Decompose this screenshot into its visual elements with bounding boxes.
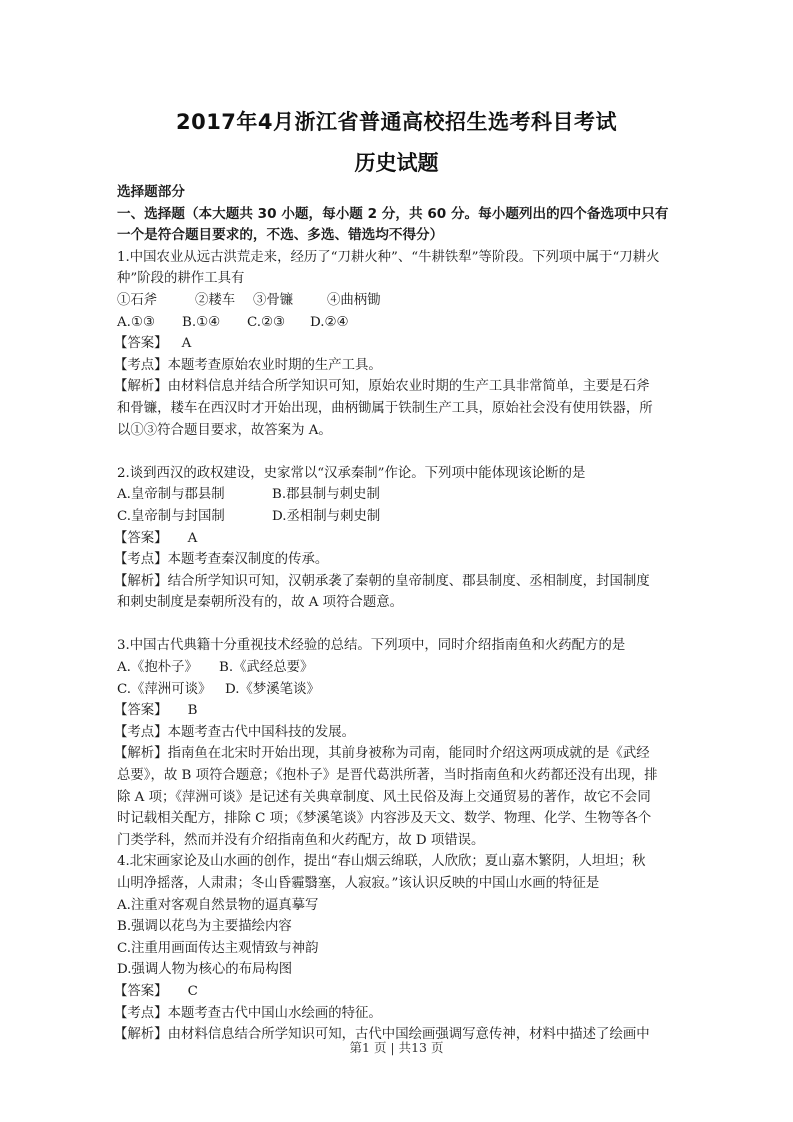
option-b: B.强调以花鸟为主要描绘内容 <box>117 916 677 938</box>
question-2: 2.谈到西汉的政权建设，史家常以“汉承秦制”作论。下列项中能体现该论断的是 A.… <box>117 463 677 614</box>
analysis-text: 指南鱼在北宋时开始出现，其前身被称为司南，能同时介绍这两项成就的是《武经 <box>168 746 650 761</box>
question-1: 1.中国农业从远古洪荒走来，经历了“刀耕火种”、“牛耕铁犁”等阶段。下列项中属于… <box>117 247 677 441</box>
option-d: D.强调人物为核心的布局构图 <box>117 959 677 981</box>
analysis-label: 【解析】 <box>114 746 168 761</box>
analysis-label: 【解析】 <box>114 379 168 394</box>
item: ②耧车 <box>195 290 253 312</box>
analysis-line: 【解析】由材料信息并结合所学知识可知，原始农业时期的生产工具非常简单，主要是石斧 <box>117 376 677 398</box>
question-stem-line: 山明净摇落，人肃肃；冬山昏霾翳塞，人寂寂。”该认识反映的中国山水画的特征是 <box>117 873 677 895</box>
analysis-line: 和刺史制度是秦朝所没有的，故 A 项符合题意。 <box>117 592 677 614</box>
document-body: 选择题部分 一、选择题（本大题共 30 小题，每小题 2 分，共 60 分。每小… <box>117 182 677 1046</box>
point-line: 【考点】本题考查原始农业时期的生产工具。 <box>117 355 677 377</box>
point-text: 本题考查古代中国科技的发展。 <box>168 725 355 740</box>
option-a: A.皇帝制与郡县制 <box>117 484 272 506</box>
answer-line: 【答案】A <box>117 528 677 550</box>
analysis-label: 【解析】 <box>114 574 168 589</box>
option-c: C.注重用画面传达主观情致与神韵 <box>117 938 677 960</box>
analysis-line: 和骨镰，耧车在西汉时才开始出现，曲柄锄属于铁制生产工具，原始社会没有使用铁器，所 <box>117 398 677 420</box>
spacer <box>117 614 677 636</box>
item: ③骨镰 <box>253 290 327 312</box>
point-label: 【考点】 <box>114 725 168 740</box>
exam-subtitle: 历史试题 <box>0 147 793 177</box>
question-stem-line: 2.谈到西汉的政权建设，史家常以“汉承秦制”作论。下列项中能体现该论断的是 <box>117 463 677 485</box>
point-text: 本题考查原始农业时期的生产工具。 <box>168 358 382 373</box>
answer-value: B <box>188 703 198 718</box>
answer-label: 【答案】 <box>114 703 168 718</box>
analysis-text: 由材料信息并结合所学知识可知，原始农业时期的生产工具非常简单，主要是石斧 <box>168 379 650 394</box>
analysis-line: 门类学科，然而并没有介绍指南鱼和火药配方，故 D 项错误。 <box>117 830 677 852</box>
question-stem-line: 3.中国古代典籍十分重视技术经验的总结。下列项中，同时介绍指南鱼和火药配方的是 <box>117 635 677 657</box>
question-stem-line: 1.中国农业从远古洪荒走来，经历了“刀耕火种”、“牛耕铁犁”等阶段。下列项中属于… <box>117 247 677 269</box>
analysis-text: 结合所学知识可知，汉朝承袭了秦朝的皇帝制度、郡县制度、丞相制度，封国制度 <box>168 574 650 589</box>
option-a: A.《抱朴子》 <box>117 657 219 679</box>
point-text: 本题考查秦汉制度的传承。 <box>168 552 329 567</box>
question-options: A.《抱朴子》B.《武经总要》 <box>117 657 677 679</box>
answer-value: C <box>188 984 198 999</box>
option-d: D.丞相制与刺史制 <box>272 506 380 528</box>
question-options: C.《萍洲可谈》D.《梦溪笔谈》 <box>117 679 677 701</box>
option-d: D.②④ <box>310 312 349 334</box>
item: ④曲柄锄 <box>327 290 381 312</box>
page-footer: 第1 页 | 共13 页 <box>0 1038 793 1056</box>
point-text: 本题考查古代中国山水绘画的特征。 <box>168 1006 382 1021</box>
option-c: C.《萍洲可谈》 <box>117 679 225 701</box>
question-options: C.皇帝制与封国制D.丞相制与刺史制 <box>117 506 677 528</box>
analysis-line: 总要》，故 B 项符合题意；《抱朴子》是晋代葛洪所著，当时指南鱼和火药都还没有出… <box>117 765 677 787</box>
point-label: 【考点】 <box>114 552 168 567</box>
analysis-line: 【解析】结合所学知识可知，汉朝承袭了秦朝的皇帝制度、郡县制度、丞相制度，封国制度 <box>117 571 677 593</box>
item: ①石斧 <box>117 290 195 312</box>
section-instructions-line-1: 一、选择题（本大题共 30 小题，每小题 2 分，共 60 分。每小题列出的四个… <box>117 204 677 226</box>
option-c: C.②③ <box>247 312 310 334</box>
section-part-heading: 选择题部分 <box>117 182 677 204</box>
question-stem-line: 种”阶段的耕作工具有 <box>117 268 677 290</box>
option-c: C.皇帝制与封国制 <box>117 506 272 528</box>
answer-line: 【答案】C <box>117 981 677 1003</box>
option-b: B.《武经总要》 <box>219 657 313 679</box>
analysis-line: 除 A 项；《萍洲可谈》是记述有关典章制度、风土民俗及海上交通贸易的著作，故它不… <box>117 787 677 809</box>
answer-label: 【答案】 <box>114 531 168 546</box>
point-line: 【考点】本题考查古代中国科技的发展。 <box>117 722 677 744</box>
analysis-line: 【解析】指南鱼在北宋时开始出现，其前身被称为司南，能同时介绍这两项成就的是《武经 <box>117 743 677 765</box>
option-d: D.《梦溪笔谈》 <box>225 679 320 701</box>
question-stem-line: 4.北宋画家论及山水画的创作，提出“春山烟云绵联，人欣欣；夏山嘉木繁阴，人坦坦；… <box>117 851 677 873</box>
answer-line: 【答案】A <box>117 333 677 355</box>
exam-title: 2017年4月浙江省普通高校招生选考科目考试 <box>0 106 793 136</box>
question-4: 4.北宋画家论及山水画的创作，提出“春山烟云绵联，人欣欣；夏山嘉木繁阴，人坦坦；… <box>117 851 677 1045</box>
point-label: 【考点】 <box>114 358 168 373</box>
question-options: A.①③B.①④C.②③D.②④ <box>117 312 677 334</box>
point-line: 【考点】本题考查秦汉制度的传承。 <box>117 549 677 571</box>
question-items: ①石斧②耧车③骨镰④曲柄锄 <box>117 290 677 312</box>
answer-label: 【答案】 <box>114 336 168 351</box>
option-a: A.注重对客观自然景物的逼真摹写 <box>117 895 677 917</box>
analysis-line: 以①③符合题目要求，故答案为 A。 <box>117 420 677 442</box>
point-line: 【考点】本题考查古代中国山水绘画的特征。 <box>117 1003 677 1025</box>
answer-line: 【答案】B <box>117 700 677 722</box>
option-a: A.①③ <box>117 312 182 334</box>
point-label: 【考点】 <box>114 1006 168 1021</box>
document-page: 2017年4月浙江省普通高校招生选考科目考试 历史试题 选择题部分 一、选择题（… <box>0 0 793 1122</box>
answer-label: 【答案】 <box>114 984 168 999</box>
spacer <box>117 441 677 463</box>
section-instructions-line-2: 一个是符合题目要求的，不选、多选、错选均不得分） <box>117 225 677 247</box>
analysis-line: 时记载相关配方，排除 C 项；《梦溪笔谈》内容涉及天文、数学、物理、化学、生物等… <box>117 808 677 830</box>
answer-value: A <box>188 531 198 546</box>
option-b: B.①④ <box>182 312 247 334</box>
question-3: 3.中国古代典籍十分重视技术经验的总结。下列项中，同时介绍指南鱼和火药配方的是 … <box>117 635 677 851</box>
answer-value: A <box>182 336 192 351</box>
option-b: B.郡县制与刺史制 <box>272 484 380 506</box>
question-options: A.皇帝制与郡县制B.郡县制与刺史制 <box>117 484 677 506</box>
